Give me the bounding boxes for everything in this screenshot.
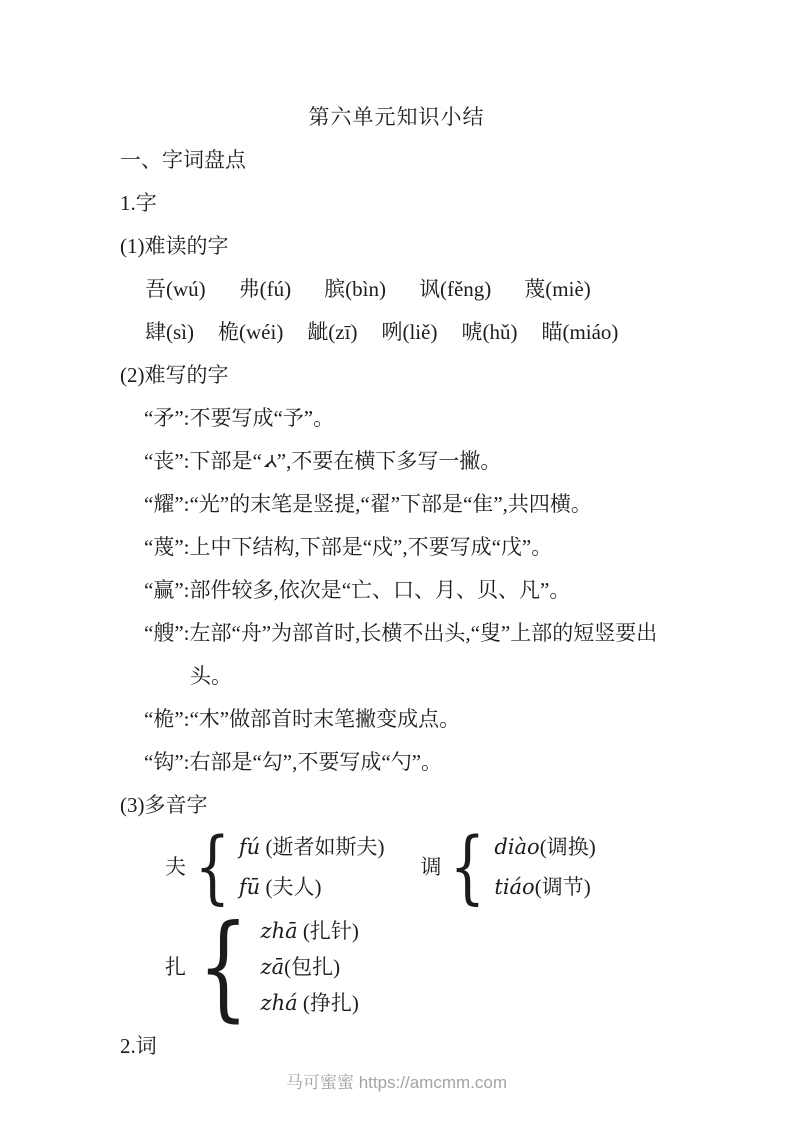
example-word: (调换) xyxy=(540,835,596,859)
pinyin-item: 肆(sì) xyxy=(145,311,194,354)
polyphone-row-1: 夫 { fú (逝者如斯夫) fū (夫人) 调 { diào(调换) tiáo… xyxy=(165,827,743,907)
example-word: (包扎) xyxy=(284,955,340,979)
polyphone-entry: zā(包扎) xyxy=(261,949,359,985)
note-text-before: “丧”:下部是“ xyxy=(144,449,262,473)
pinyin-item: 蔑(miè) xyxy=(524,268,590,311)
polyphone-group-fu: 夫 { fú (逝者如斯夫) fū (夫人) xyxy=(165,827,384,907)
polyphone-entries: fú (逝者如斯夫) fū (夫人) xyxy=(239,827,385,907)
document-page: 第六单元知识小结 一、字词盘点 1.字 (1)难读的字 吾(wú) 弗(fú) … xyxy=(0,0,793,1122)
note-text-after: ”,不要在横下多写一撇。 xyxy=(277,449,502,473)
hard-write-note-sou-line1: “艘”:左部“舟”为部首时,长横不出头,“叟”上部的短竖要出 xyxy=(144,612,743,655)
polyphone-entries: diào(调换) tiáo(调节) xyxy=(494,827,595,907)
section-heading-words: 一、字词盘点 xyxy=(120,139,743,182)
pinyin-text: diào xyxy=(494,835,539,859)
example-word: (调节) xyxy=(535,875,591,899)
pinyin-text: zhā xyxy=(261,919,298,943)
polyphone-entry: diào(调换) xyxy=(494,827,595,867)
sang-bottom-stroke-icon xyxy=(262,441,277,457)
pinyin-text: zā xyxy=(261,955,285,979)
pinyin-text: fū xyxy=(239,875,260,899)
example-word: (扎针) xyxy=(298,919,359,943)
polyphone-row-2: 扎 { zhā (扎针) zā(包扎) zhá (挣扎) xyxy=(165,913,743,1021)
polyphone-group-diao: 调 { diào(调换) tiáo(调节) xyxy=(420,827,595,907)
polyphone-entry: tiáo(调节) xyxy=(494,867,595,907)
sub-heading-characters: 1.字 xyxy=(120,182,743,225)
polyphone-char: 调 xyxy=(420,857,441,878)
polyphone-char: 扎 xyxy=(165,957,186,978)
polyphone-group-zha: 扎 { zhā (扎针) zā(包扎) zhá (挣扎) xyxy=(165,913,359,1021)
polyphone-entries: zhā (扎针) zā(包扎) zhá (挣扎) xyxy=(261,913,359,1021)
hard-write-note-ying: “赢”:部件较多,依次是“亡、口、月、贝、凡”。 xyxy=(144,569,743,612)
pinyin-item: 桅(wéi) xyxy=(218,311,283,354)
brace-icon: { xyxy=(450,831,486,903)
part2-heading-hard-to-write: (2)难写的字 xyxy=(120,354,743,397)
polyphone-entry: zhā (扎针) xyxy=(261,913,359,949)
example-word: (逝者如斯夫) xyxy=(260,835,384,859)
pinyin-item: 咧(liě) xyxy=(381,311,437,354)
pinyin-item: 弗(fú) xyxy=(239,268,291,311)
example-word: (夫人) xyxy=(260,875,321,899)
document-content: 第六单元知识小结 一、字词盘点 1.字 (1)难读的字 吾(wú) 弗(fú) … xyxy=(0,0,793,1068)
hard-read-row-2: 肆(sì) 桅(wéi) 龇(zī) 咧(liě) 唬(hǔ) 瞄(miáo) xyxy=(145,311,743,354)
hard-write-note-wei: “桅”:“木”做部首时末笔撇变成点。 xyxy=(144,698,743,741)
pinyin-text: tiáo xyxy=(494,875,534,899)
polyphone-char: 夫 xyxy=(165,857,186,878)
pinyin-item: 膑(bìn) xyxy=(324,268,386,311)
polyphone-entry: zhá (挣扎) xyxy=(261,985,359,1021)
hard-read-row-1: 吾(wú) 弗(fú) 膑(bìn) 讽(fěng) 蔑(miè) xyxy=(145,268,743,311)
page-title: 第六单元知识小结 xyxy=(0,96,793,139)
hard-write-note-mao: “矛”:不要写成“予”。 xyxy=(144,397,743,440)
watermark-footer: 马可蜜蜜 https://amcmm.com xyxy=(0,1068,793,1093)
polyphone-entry: fú (逝者如斯夫) xyxy=(239,827,385,867)
pinyin-text: fú xyxy=(239,835,260,859)
hard-write-note-yao: “耀”:“光”的末笔是竖提,“翟”下部是“隹”,共四横。 xyxy=(144,483,743,526)
hard-write-note-mie: “蔑”:上中下结构,下部是“戍”,不要写成“戊”。 xyxy=(144,526,743,569)
hard-write-note-sang: “丧”:下部是“”,不要在横下多写一撇。 xyxy=(144,440,743,483)
pinyin-item: 唬(hǔ) xyxy=(461,311,517,354)
hard-write-note-gou: “钩”:右部是“勾”,不要写成“勺”。 xyxy=(144,741,743,784)
brace-icon: { xyxy=(198,916,249,1019)
pinyin-item: 吾(wú) xyxy=(145,268,206,311)
hard-write-note-sou-line2: 头。 xyxy=(190,655,743,698)
pinyin-item: 瞄(miáo) xyxy=(541,311,618,354)
polyphone-entry: fū (夫人) xyxy=(239,867,385,907)
brace-icon: { xyxy=(195,831,231,903)
pinyin-item: 龇(zī) xyxy=(307,311,357,354)
pinyin-text: zhá xyxy=(261,991,298,1015)
pinyin-item: 讽(fěng) xyxy=(419,268,491,311)
example-word: (挣扎) xyxy=(298,991,359,1015)
part1-heading-hard-to-read: (1)难读的字 xyxy=(120,225,743,268)
